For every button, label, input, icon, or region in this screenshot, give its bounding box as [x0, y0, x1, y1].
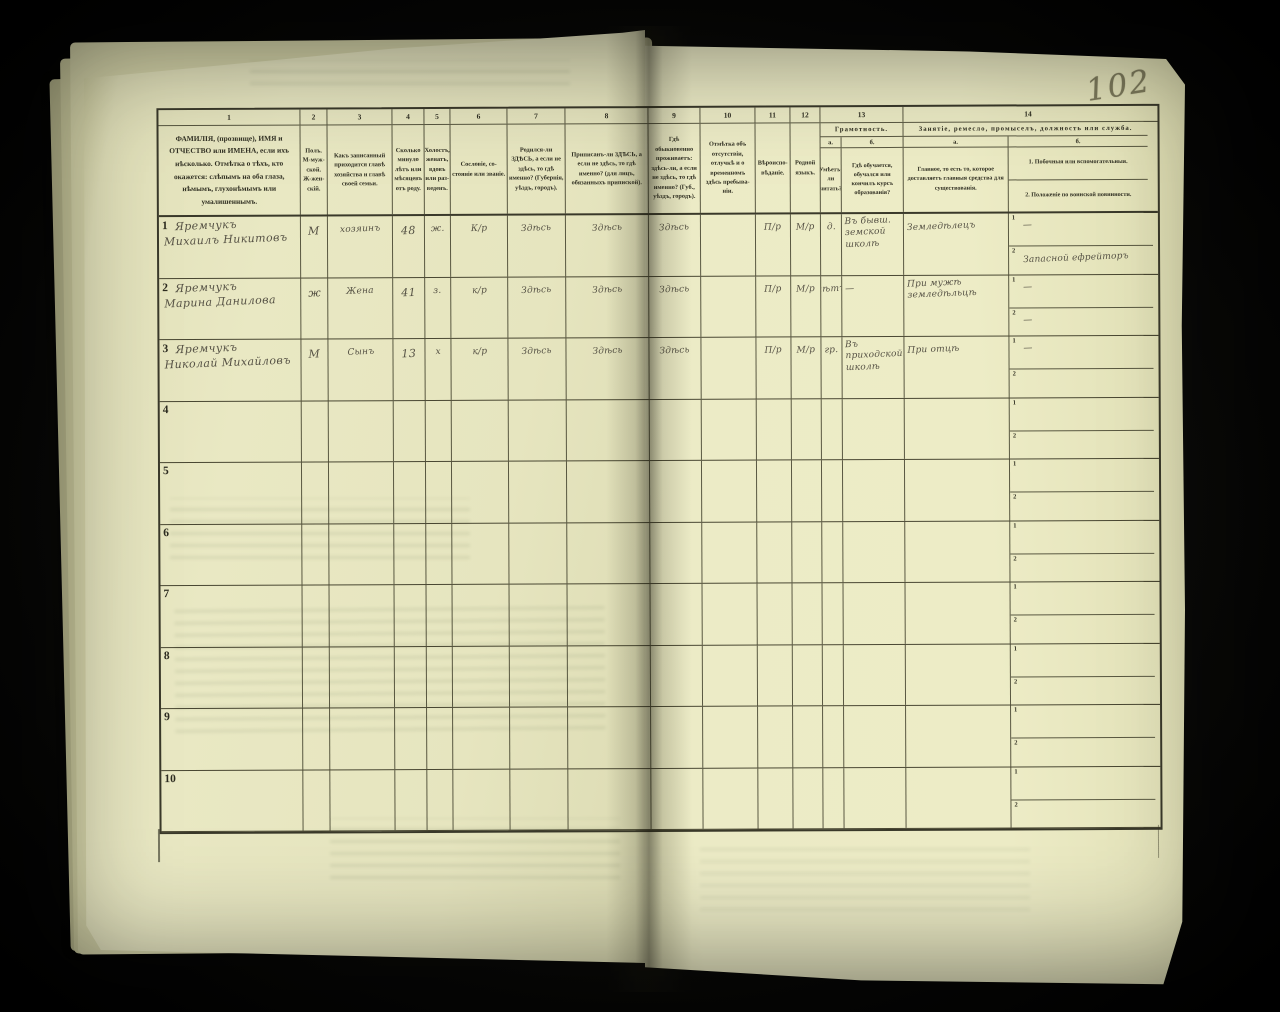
cell-birthplace	[510, 646, 568, 707]
side-occupation-subcell-2: 2	[1011, 676, 1155, 705]
handwritten-birthplace: Здѣсь	[521, 284, 552, 295]
table-row: 2 Яремчукъ Марина Данилова ж Жена 41 з. …	[159, 274, 1158, 340]
cell-absence	[703, 584, 758, 645]
cell-occupation-main: При отцѣ	[904, 336, 1009, 397]
subcell-1-marker: 1	[1012, 337, 1015, 344]
cell-estate: К/р	[451, 216, 508, 277]
row-number: 2	[162, 282, 168, 294]
handwritten-school: Въ приходской школѣ	[845, 338, 903, 374]
cell-religion	[758, 583, 793, 644]
cell-age: 41	[393, 278, 425, 339]
handwritten-side-2: —	[1023, 315, 1033, 325]
cell-birthplace: Здѣсь	[508, 215, 566, 276]
col-number-11: 11	[755, 107, 790, 122]
handwritten-given-name: Николай Михайловъ	[164, 353, 297, 371]
cell-registration	[568, 769, 651, 830]
handwritten-school: —	[845, 283, 855, 295]
name-line: 7	[164, 588, 299, 601]
subcell-2-marker: 2	[1013, 371, 1016, 378]
handwritten-surname: Яремчукъ	[174, 218, 236, 233]
cell-occupation-main	[906, 644, 1011, 705]
cell-language	[792, 460, 822, 521]
cell-relation: Жена	[328, 278, 393, 339]
cell-language	[792, 522, 822, 583]
cell-occupation-main: Земледѣлецъ	[904, 213, 1009, 274]
handwritten-registration: Здѣсь	[592, 346, 623, 357]
cell-residence: Здѣсь	[649, 215, 701, 276]
table-row: 10	[161, 766, 1160, 832]
cell-literacy-reads	[822, 399, 843, 460]
cell-registration	[567, 461, 650, 522]
col-number-5: 5	[424, 109, 450, 124]
handwritten-marital: ж.	[431, 224, 445, 235]
cell-occupation-side: 1 — 2 —	[1009, 274, 1153, 335]
header-age-column: Сколько минуло лѣтъ или мѣ­сяцевъ отъ ро…	[392, 125, 424, 214]
col-number-1: 1	[158, 110, 300, 126]
header-language-column: Родной языкъ.	[790, 123, 820, 212]
cell-relation	[329, 524, 394, 585]
header-occupation-group: Занятіе, ремесло, промыселъ, должность и…	[903, 122, 1152, 212]
handwritten-registration: Здѣсь	[592, 284, 623, 295]
cell-occupation-side: 1 2	[1011, 643, 1155, 704]
subcell-1-marker: 1	[1014, 706, 1017, 713]
cell-sex	[302, 524, 329, 585]
occupation-a-label: а.	[904, 136, 1009, 147]
cell-estate	[452, 523, 509, 584]
cell-religion	[758, 645, 793, 706]
handwritten-side-1: —	[1023, 220, 1033, 230]
column-header-row: ФАМИЛІЯ, (прозвище), ИМЯ и ОТЧЕСТВО или …	[158, 122, 1157, 217]
occupation-b-split: 1. Побочныя или вспомогательныя. 2. Поло…	[1009, 147, 1148, 212]
subcell-2-marker: 2	[1014, 678, 1017, 685]
name-line: 10	[164, 772, 299, 785]
header-name-column: ФАМИЛІЯ, (прозвище), ИМЯ и ОТЧЕСТВО или …	[158, 126, 300, 216]
subcell-1-marker: 1	[1014, 645, 1017, 652]
side-occupation-subcell-1: 1	[1011, 643, 1155, 676]
row-number: 1	[162, 220, 168, 232]
subcell-2-marker: 2	[1013, 432, 1016, 439]
cell-residence: Здѣсь	[649, 276, 701, 337]
cell-occupation-main	[905, 398, 1010, 459]
cell-literacy-school	[843, 460, 905, 521]
cell-birthplace	[510, 707, 568, 768]
cell-literacy-school: Въ приходской школѣ	[842, 337, 904, 398]
cell-residence	[651, 584, 703, 645]
cell-absence	[703, 768, 758, 829]
cell-marital: х	[425, 339, 451, 400]
col-number-6: 6	[450, 109, 507, 124]
cell-religion	[758, 768, 793, 829]
handwritten-language: М/р	[796, 222, 815, 233]
handwritten-age: 13	[401, 347, 416, 361]
subcell-2-marker: 2	[1014, 801, 1017, 808]
cell-absence	[703, 707, 758, 768]
row-number: 8	[164, 650, 170, 662]
cell-absence	[702, 522, 757, 583]
cell-birthplace	[509, 400, 567, 461]
cell-age	[394, 524, 426, 585]
row-number: 9	[164, 711, 170, 723]
cell-religion: П/р	[756, 276, 791, 337]
cell-sex: М	[301, 216, 328, 277]
handwritten-occupation: Земледѣлецъ	[907, 220, 976, 234]
name-line: 4	[163, 403, 298, 416]
handwritten-language: М/р	[796, 283, 815, 294]
col-number-12: 12	[790, 107, 820, 122]
cell-registration: Здѣсь	[566, 338, 649, 399]
cell-name: 4	[160, 401, 302, 462]
literacy-title: Грамотность.	[820, 123, 902, 137]
row-number: 6	[163, 527, 169, 539]
handwritten-school: Въ бывш. земской школѣ	[844, 215, 900, 251]
cell-language	[792, 399, 822, 460]
handwritten-birthplace: Здѣсь	[521, 223, 552, 234]
header-religion-column: Вѣроиспо­вѣданіе.	[755, 123, 790, 212]
header-residence-column: Гдѣ обыкновенно проживаетъ: здѣсь-ли, а …	[648, 124, 700, 213]
handwritten-age: 41	[401, 285, 416, 299]
header-relation-column: Какъ записанный при­ходится главѣ хозяй­…	[327, 125, 392, 214]
cell-literacy-school	[844, 706, 906, 767]
cell-occupation-main	[906, 705, 1011, 766]
handwritten-residence: Здѣсь	[659, 222, 690, 233]
cell-occupation-main	[905, 521, 1010, 582]
cell-name: 3 Яремчукъ Николай Михайловъ	[159, 340, 301, 401]
side-occupation-subcell-1: 1 —	[1009, 336, 1153, 369]
handwritten-surname: Яремчукъ	[175, 279, 237, 294]
row-number: 3	[162, 343, 168, 355]
cell-relation	[329, 462, 394, 523]
handwritten-estate: к/р	[472, 346, 487, 357]
cell-marital: ж.	[425, 216, 451, 277]
cell-marital: з.	[425, 277, 451, 338]
cell-marital	[427, 646, 453, 707]
header-birthplace-column: Родился-ли ЗДѢСЬ, а если не здѣсь, то гд…	[507, 124, 565, 213]
header-sex-column: Полъ. М-муж­ской. Ж-жен­скій.	[300, 125, 327, 214]
cell-occupation-side: 1 2	[1010, 520, 1154, 581]
cell-name: 9	[161, 709, 303, 770]
cell-religion: П/р	[756, 337, 791, 398]
cell-name: 1 Яремчукъ Михаилъ Никитовъ	[159, 217, 301, 278]
handwritten-reads: д.	[826, 222, 835, 232]
cell-birthplace	[509, 461, 567, 522]
side-occupation-subcell-2: 2 Запасной ефрейторъ	[1009, 245, 1153, 274]
handwritten-reads: гр.	[824, 345, 838, 356]
cell-sex: М	[301, 339, 328, 400]
col-number-8: 8	[565, 108, 648, 123]
cell-occupation-main: При мужѣ земледѣльцѣ	[904, 275, 1009, 336]
row-number: 5	[163, 465, 169, 477]
cell-registration	[567, 523, 650, 584]
cell-religion	[757, 399, 792, 460]
handwritten-age: 48	[401, 224, 416, 238]
handwritten-religion: П/р	[764, 284, 782, 295]
cell-literacy-reads	[823, 583, 844, 644]
cell-age: 13	[393, 339, 425, 400]
cell-literacy-school	[843, 398, 905, 459]
cell-estate	[453, 585, 510, 646]
cell-sex: ж	[301, 278, 328, 339]
cell-literacy-reads	[823, 645, 844, 706]
literacy-b-text: Гдѣ обучается, обучался или кончилъ курс…	[842, 148, 903, 212]
cell-registration	[568, 584, 651, 645]
cell-residence	[651, 645, 703, 706]
subcell-2-marker: 2	[1013, 494, 1016, 501]
side-occupation-subcell-1: 1	[1010, 582, 1154, 615]
cell-occupation-side: 1 2	[1010, 397, 1154, 458]
handwritten-relation: Жена	[346, 285, 374, 296]
header-estate-column: Сословіе, со­стояніе или зва­ніе.	[450, 125, 507, 214]
handwritten-reads: нѣтъ	[821, 283, 842, 294]
cell-language: М/р	[791, 337, 821, 398]
handwritten-religion: П/р	[765, 345, 783, 356]
cell-marital	[426, 462, 452, 523]
cell-estate: к/р	[451, 277, 508, 338]
name-line: 6	[163, 526, 298, 539]
cell-literacy-school: —	[842, 275, 904, 336]
header-absence-column: Отмѣтка объ отсутствіи, отлучкѣ и о врем…	[700, 124, 755, 213]
cell-relation	[329, 401, 394, 462]
cell-relation	[330, 708, 395, 769]
literacy-b-label: б.	[842, 137, 903, 148]
cell-occupation-side: 1 2	[1011, 705, 1155, 766]
cell-name: 8	[161, 647, 303, 708]
handwritten-side-1: —	[1023, 282, 1033, 292]
cell-religion	[757, 460, 792, 521]
photographed-census-spread: 102 1 2 3 4 5 6 7 8 9 10 11 12 13 14 ФАМ…	[0, 0, 1280, 1012]
cell-sex	[303, 708, 330, 769]
cell-birthplace	[509, 523, 567, 584]
cell-sex	[303, 770, 330, 831]
cell-absence	[701, 338, 756, 399]
cell-registration: Здѣсь	[566, 215, 649, 276]
side-occupation-subcell-2: 2	[1011, 737, 1155, 766]
cell-occupation-main	[906, 767, 1011, 828]
cell-language: М/р	[791, 276, 821, 337]
cell-residence	[650, 461, 702, 522]
cell-marital	[427, 585, 453, 646]
table-row: 3 Яремчукъ Николай Михайловъ М Сынъ 13 х…	[159, 336, 1158, 402]
handwritten-side-2: Запасной ефрейторъ	[1023, 251, 1129, 265]
cell-name: 7	[161, 586, 303, 647]
table-row: 7	[161, 582, 1160, 648]
cell-marital	[426, 523, 452, 584]
handwritten-sex: М	[308, 347, 320, 360]
name-line: 2 Яремчукъ	[162, 280, 297, 294]
handwritten-sex: ж	[308, 286, 321, 299]
occupation-b2-text: 2. Положеніе по воинской повинности.	[1009, 179, 1148, 211]
cell-marital	[426, 400, 452, 461]
name-line: 9	[164, 711, 299, 724]
row-number: 10	[164, 773, 176, 785]
cell-residence	[650, 522, 702, 583]
cell-language	[793, 706, 823, 767]
col-number-4: 4	[392, 109, 424, 124]
table-row: 6	[160, 520, 1159, 586]
cell-relation	[330, 770, 395, 831]
cell-birthplace: Здѣсь	[508, 338, 566, 399]
subcell-1-marker: 1	[1013, 522, 1016, 529]
side-occupation-subcell-2: 2	[1010, 368, 1154, 397]
cell-absence	[702, 399, 757, 460]
cell-language	[793, 645, 823, 706]
name-line: 8	[164, 649, 299, 662]
col-number-3: 3	[327, 109, 392, 124]
header-registration-column: Приписанъ-ли ЗДѢСЬ, а если не здѣсь, то …	[565, 124, 648, 213]
cell-registration	[568, 646, 651, 707]
handwritten-religion: П/р	[764, 222, 782, 233]
occupation-title: Занятіе, ремесло, промыселъ, должность и…	[903, 122, 1147, 137]
handwritten-estate: к/р	[472, 285, 487, 296]
cell-literacy-reads	[822, 522, 843, 583]
cell-occupation-side: 1 — 2 Запасной ефрейторъ	[1009, 213, 1153, 274]
cell-estate	[453, 646, 510, 707]
cell-age	[395, 770, 427, 831]
subcell-1-marker: 1	[1013, 399, 1016, 406]
cell-estate	[453, 708, 510, 769]
cell-sex	[302, 401, 329, 462]
census-form-table: 1 2 3 4 5 6 7 8 9 10 11 12 13 14 ФАМИЛІЯ…	[156, 104, 1162, 834]
cell-birthplace	[510, 769, 568, 830]
cell-literacy-reads: д.	[821, 214, 842, 275]
cell-name: 2 Яремчукъ Марина Данилова	[159, 278, 301, 339]
cell-occupation-main	[905, 459, 1010, 520]
cell-name: 10	[161, 770, 303, 831]
cell-age	[394, 401, 426, 462]
occupation-b1-text: 1. Побочныя или вспомогательныя.	[1009, 147, 1148, 180]
cell-occupation-main	[905, 582, 1010, 643]
cell-residence	[651, 707, 703, 768]
handwritten-birthplace: Здѣсь	[522, 346, 553, 357]
cell-name: 5	[160, 463, 302, 524]
handwritten-marital: з.	[433, 285, 442, 295]
handwritten-estate: К/р	[471, 223, 488, 234]
handwritten-surname: Яремчукъ	[175, 341, 237, 356]
cell-registration	[568, 707, 651, 768]
cell-language: М/р	[791, 214, 821, 275]
cell-literacy-school: Въ бывш. земской школѣ	[842, 214, 904, 275]
subcell-2-marker: 2	[1012, 309, 1015, 316]
cell-birthplace	[510, 584, 568, 645]
literacy-a-text: Умѣетъ-ли читать?	[821, 148, 842, 212]
subcell-1-marker: 1	[1014, 768, 1017, 775]
cell-occupation-side: 1 2	[1010, 459, 1154, 520]
handwritten-registration: Здѣсь	[592, 223, 623, 234]
cell-age	[395, 708, 427, 769]
cell-relation: Сынъ	[328, 339, 393, 400]
cell-marital	[427, 708, 453, 769]
cell-occupation-side: 1 2	[1010, 582, 1154, 643]
cell-religion	[757, 522, 792, 583]
cell-religion	[758, 706, 793, 767]
handwritten-marital: х	[435, 347, 441, 357]
col-number-14: 14	[903, 106, 1152, 122]
row-number: 4	[163, 404, 169, 416]
handwritten-relation: Сынъ	[347, 347, 374, 358]
cell-relation	[330, 585, 395, 646]
subcell-2-marker: 2	[1014, 617, 1017, 624]
cell-occupation-side: 1 2	[1011, 766, 1155, 827]
handwritten-residence: Здѣсь	[659, 284, 690, 295]
subcell-1-marker: 1	[1014, 583, 1017, 590]
subcell-1-marker: 1	[1012, 214, 1015, 221]
row-number: 7	[164, 588, 170, 600]
subcell-2-marker: 2	[1013, 555, 1016, 562]
cell-estate	[452, 462, 509, 523]
header-literacy-group: Грамотность. а. б. Умѣетъ-ли читать? Гдѣ…	[820, 123, 903, 212]
cell-sex	[302, 462, 329, 523]
literacy-a-label: а.	[821, 137, 842, 148]
cell-marital	[427, 769, 453, 830]
occupation-a-text: Главное, то есть то, которое доставляетъ…	[904, 147, 1009, 211]
table-body: 1 Яремчукъ Михаилъ Никитовъ М хозяинъ 48…	[159, 213, 1161, 832]
side-occupation-subcell-2: 2	[1010, 430, 1154, 459]
cell-birthplace: Здѣсь	[508, 277, 566, 338]
table-row: 4	[160, 397, 1159, 463]
table-row: 5	[160, 459, 1159, 525]
cell-absence	[702, 461, 757, 522]
col-number-9: 9	[648, 108, 700, 123]
subcell-1-marker: 1	[1012, 276, 1015, 283]
cell-literacy-school	[844, 767, 906, 828]
cell-registration	[567, 400, 650, 461]
side-occupation-subcell-2: 2	[1011, 799, 1155, 828]
cell-age	[395, 647, 427, 708]
cell-relation: хозяинъ	[328, 216, 393, 277]
side-occupation-subcell-1: 1 —	[1009, 274, 1153, 307]
cell-absence	[701, 215, 756, 276]
cell-age	[395, 585, 427, 646]
col-number-10: 10	[700, 108, 755, 123]
side-occupation-subcell-1: 1	[1010, 520, 1154, 553]
cell-occupation-side: 1 — 2	[1009, 336, 1153, 397]
handwritten-language: М/р	[796, 345, 815, 356]
occupation-b-label: б.	[1009, 136, 1148, 148]
table-row: 9	[161, 705, 1160, 771]
side-occupation-subcell-2: 2	[1010, 553, 1154, 582]
cell-language	[793, 768, 823, 829]
cell-religion: П/р	[756, 214, 791, 275]
cell-literacy-reads: нѣтъ	[821, 276, 842, 337]
cell-relation	[330, 647, 395, 708]
cell-literacy-reads	[822, 460, 843, 521]
side-occupation-subcell-1: 1	[1011, 705, 1155, 738]
cell-residence	[651, 768, 703, 829]
cell-name: 6	[160, 524, 302, 585]
cell-age	[394, 462, 426, 523]
cell-literacy-school	[844, 644, 906, 705]
side-occupation-subcell-2: 2	[1010, 491, 1154, 520]
cell-sex	[303, 647, 330, 708]
cell-language	[793, 583, 823, 644]
col-number-13: 13	[820, 107, 903, 122]
handwritten-sex: М	[308, 224, 320, 237]
table-row: 8	[161, 643, 1160, 709]
cell-absence	[701, 276, 756, 337]
handwritten-relation: хозяинъ	[340, 224, 381, 236]
cell-residence	[650, 399, 702, 460]
cell-registration: Здѣсь	[566, 277, 649, 338]
subcell-2-marker: 2	[1012, 248, 1015, 255]
side-occupation-subcell-2: 2 —	[1009, 307, 1153, 336]
side-occupation-subcell-1: 1	[1010, 459, 1154, 492]
table-row: 1 Яремчукъ Михаилъ Никитовъ М хозяинъ 48…	[159, 213, 1158, 279]
cell-literacy-school	[843, 521, 905, 582]
name-line: 5	[163, 465, 298, 478]
handwritten-residence: Здѣсь	[660, 345, 691, 356]
subcell-2-marker: 2	[1014, 740, 1017, 747]
cell-literacy-reads	[823, 768, 844, 829]
header-marital-column: Холостъ, женатъ, вдовъ или раз­веденъ.	[424, 125, 450, 214]
